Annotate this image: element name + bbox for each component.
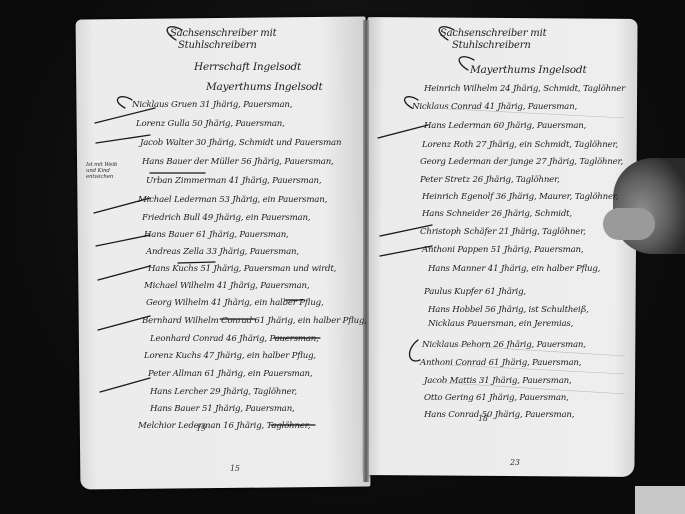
book-gutter [363, 20, 369, 482]
list-item: Hans Bauer 51 Jhärig, Pauersman, [150, 404, 295, 414]
list-item: Peter Allman 61 Jhärig, ein Pauersman, [148, 369, 312, 379]
list-item: Nicklaus Pehorn 26 Jhärig, Pauersman, [422, 340, 586, 350]
list-item: Hans Bauer der Müller 56 Jhärig, Pauersm… [142, 157, 334, 167]
list-item: Paulus Kupfer 61 Jhärig, [424, 287, 526, 297]
list-item: Leonhard Conrad 46 Jhärig, Pauersman, [150, 334, 319, 344]
right-heading-line2: Stuhlschreibern [452, 40, 531, 51]
list-item: Urban Zimmerman 41 Jhärig, Pauersman, [146, 176, 321, 186]
list-item: Anthoni Pappen 51 Jhärig, Pauersman, [422, 245, 583, 255]
list-item: Hans Lederman 60 Jhärig, Pauersman, [424, 121, 586, 131]
list-item: Georg Lederman der junge 27 Jhärig, Tagl… [420, 157, 623, 167]
left-heading-line1: Sachsenschreiber mit [170, 28, 276, 39]
list-item: Hans Hobbel 56 Jhärig, ist Schultheiß, [428, 305, 589, 315]
list-item: Jacob Walter 30 Jhärig, Schmidt und Paue… [140, 138, 341, 148]
list-item: Lorenz Roth 27 Jhärig, ein Schmidt, Tagl… [422, 140, 618, 150]
table-edge [635, 486, 685, 514]
right-title: Mayerthums Ingelsodt [470, 64, 586, 76]
list-item: Jacob Mattis 31 Jhärig, Pauersman, [424, 376, 572, 386]
list-item: Hans Kuchs 51 Jhärig, Pauersman und wird… [148, 264, 336, 274]
left-title-1: Herrschaft Ingelsodt [194, 61, 301, 73]
list-item: Christoph Schäfer 21 Jhärig, Taglöhner, [420, 227, 586, 237]
list-item: Otto Gering 61 Jhärig, Pauersman, [424, 393, 569, 403]
list-item: Melchior Lederman 16 Jhärig, Taglöhner, [138, 421, 310, 431]
list-item: Friedrich Bull 49 Jhärig, ein Pauersman, [142, 213, 310, 223]
list-item: Nicklaus Gruen 31 Jhärig, Pauersman, [132, 100, 292, 110]
list-item: Andreas Zella 33 Jhärig, Pauersman, [146, 247, 299, 257]
list-item: Bernhard Wilhelm Conrad 61 Jhärig, ein h… [142, 316, 367, 326]
list-item: Hans Lercher 29 Jhärig, Taglöhner, [150, 387, 297, 397]
list-item: Hans Schneider 26 Jhärig, Schmidt, [422, 209, 572, 219]
left-page-number: 19 [196, 424, 206, 433]
list-item: Peter Stretz 26 Jhärig, Taglöhner, [420, 175, 560, 185]
list-item: Michael Wilhelm 41 Jhärig, Pauersman, [144, 281, 309, 291]
list-item: Michael Lederman 53 Jhärig, ein Pauersma… [138, 195, 327, 205]
left-title-2: Mayerthums Ingelsodt [206, 81, 322, 93]
hand-holding-page [613, 158, 685, 254]
list-item: Nicklaus Conrad 41 Jhärig, Pauersman, [412, 102, 577, 112]
thumb [603, 208, 655, 240]
right-folio-mark: 23 [510, 458, 520, 467]
right-heading-line1: Sachsenschreiber mit [440, 28, 546, 39]
list-item: Georg Wilhelm 41 Jhärig, ein halber Pflu… [146, 298, 324, 308]
right-page-number: 18 [478, 414, 488, 423]
list-item: Hans Conrad 50 Jhärig, Pauersman, [424, 410, 574, 420]
list-item: Heinrich Egenolf 36 Jhärig, Maurer, Tagl… [422, 192, 618, 202]
list-item: Lorenz Gulla 50 Jhärig, Pauersman, [136, 119, 285, 129]
left-heading-line2: Stuhlschreibern [178, 40, 257, 51]
list-item: Lorenz Kuchs 47 Jhärig, ein halber Pflug… [144, 351, 316, 361]
list-item: Heinrich Wilhelm 24 Jhärig, Schmidt, Tag… [424, 84, 625, 94]
list-item: Nicklaus Pauersman, ein Jeremias, [428, 319, 573, 329]
margin-note: Ist mit Weib und Kind entwichen [86, 162, 126, 180]
list-item: Hans Manner 41 Jhärig, ein halber Pflug, [428, 264, 600, 274]
list-item: Anthoni Conrad 61 Jhärig, Pauersman, [420, 358, 581, 368]
list-item: Hans Bauer 61 Jhärig, Pauersman, [144, 230, 289, 240]
left-folio-mark: 15 [230, 464, 240, 473]
